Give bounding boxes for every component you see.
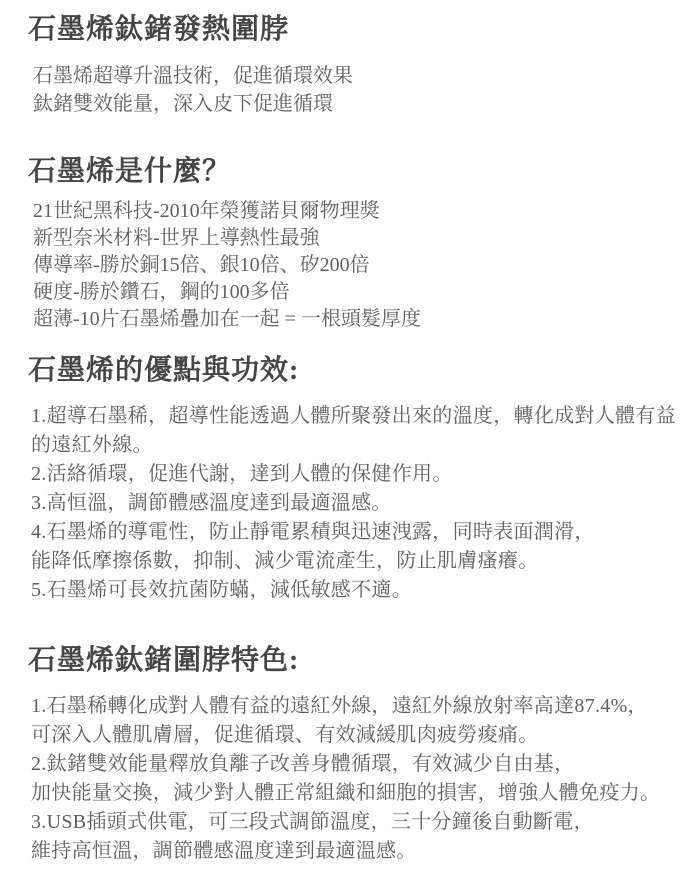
text-line: 1.石墨稀轉化成對人體有益的遠紅外線，遠紅外線放射率高達87.4%， bbox=[31, 692, 686, 721]
intro-block: 石墨烯超導升溫技術，促進循環效果 鈦鍺雙效能量，深入皮下促進循環 bbox=[33, 62, 686, 118]
text-line: 21世紀黑科技-2010年榮獲諾貝爾物理獎 bbox=[33, 198, 686, 225]
section-heading: 石墨烯是什麼？ bbox=[28, 154, 686, 190]
text-line: 能降低摩擦係數，抑制、減少電流產生，防止肌膚瘙癢。 bbox=[31, 547, 686, 576]
text-line: 硬度-勝於鑽石，鋼的100多倍 bbox=[33, 279, 686, 306]
text-line: 傳導率-勝於銅15倍、銀10倍、矽200倍 bbox=[33, 252, 686, 279]
page-title: 石墨烯鈦鍺發熱圍脖 bbox=[28, 12, 686, 48]
text-line: 3.USB插頭式供電，可三段式調節溫度，三十分鐘後自動斷電， bbox=[31, 808, 686, 837]
section-body: 1.石墨稀轉化成對人體有益的遠紅外線，遠紅外線放射率高達87.4%， 可深入人體… bbox=[31, 692, 686, 866]
section-heading: 石墨烯的優點與功效: bbox=[28, 353, 686, 389]
text-line: 4.石墨烯的導電性，防止靜電累積與迅速洩露，同時表面潤滑， bbox=[31, 518, 686, 547]
product-description-page: 石墨烯鈦鍺發熱圍脖 石墨烯超導升溫技術，促進循環效果 鈦鍺雙效能量，深入皮下促進… bbox=[0, 0, 696, 874]
section-body: 1.超導石墨稀，超導性能透過人體所聚發出來的溫度，轉化成對人體有益 的遠紅外線。… bbox=[31, 402, 686, 605]
intro-line: 石墨烯超導升溫技術，促進循環效果 bbox=[33, 62, 686, 90]
text-line: 3.高恒溫，調節體感溫度達到最適溫感。 bbox=[31, 489, 686, 518]
text-line: 2.活絡循環，促進代謝，達到人體的保健作用。 bbox=[31, 460, 686, 489]
section-advantages-effects: 石墨烯的優點與功效: 1.超導石墨稀，超導性能透過人體所聚發出來的溫度，轉化成對… bbox=[28, 353, 686, 605]
text-line: 新型奈米材料-世界上導熱性最強 bbox=[33, 225, 686, 252]
text-line: 的遠紅外線。 bbox=[31, 431, 686, 460]
text-line: 可深入人體肌膚層，促進循環、有效減緩肌肉疲勞痠痛。 bbox=[31, 721, 686, 750]
text-line: 2.鈦鍺雙效能量釋放負離子改善身體循環，有效減少自由基， bbox=[31, 750, 686, 779]
section-body: 21世紀黑科技-2010年榮獲諾貝爾物理獎 新型奈米材料-世界上導熱性最強 傳導… bbox=[33, 198, 686, 333]
section-neckwrap-features: 石墨烯鈦鍺圍脖特色: 1.石墨稀轉化成對人體有益的遠紅外線，遠紅外線放射率高達8… bbox=[28, 643, 686, 866]
section-heading: 石墨烯鈦鍺圍脖特色: bbox=[28, 643, 686, 679]
text-line: 維持高恒溫，調節體感溫度達到最適溫感。 bbox=[31, 837, 686, 866]
text-line: 5.石墨烯可長效抗菌防蟎，減低敏感不適。 bbox=[31, 576, 686, 605]
text-line: 1.超導石墨稀，超導性能透過人體所聚發出來的溫度，轉化成對人體有益 bbox=[31, 402, 686, 431]
text-line: 加快能量交換，減少對人體正常組織和細胞的損害，增強人體免疫力。 bbox=[31, 779, 686, 808]
section-what-is-graphene: 石墨烯是什麼？ 21世紀黑科技-2010年榮獲諾貝爾物理獎 新型奈米材料-世界上… bbox=[28, 154, 686, 333]
intro-line: 鈦鍺雙效能量，深入皮下促進循環 bbox=[33, 90, 686, 118]
text-line: 超薄-10片石墨烯疊加在一起 = 一根頭髮厚度 bbox=[33, 306, 686, 333]
